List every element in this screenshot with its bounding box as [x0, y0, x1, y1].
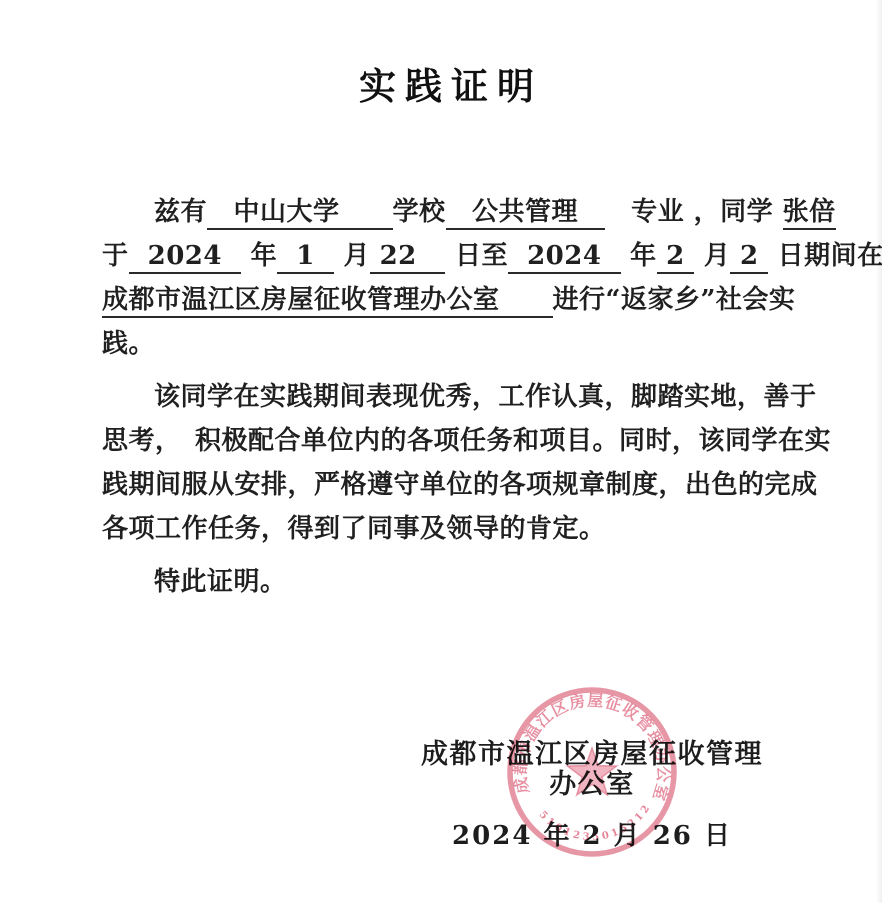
text-segment: 专业 ，同学: [605, 197, 783, 227]
text-segment: 践。: [102, 329, 155, 359]
filled-blank: 1: [277, 241, 334, 274]
filled-blank: 2024: [129, 241, 242, 274]
signature-block: 成都市温江区房屋征收管理办公室 2024 年 2 月 26 日: [407, 740, 777, 851]
filled-blank: 中山大学: [207, 197, 393, 230]
doc-line: 兹有 中山大学 学校 公共管理 专业 ，同学 张倍: [102, 190, 802, 234]
text-segment: 月: [334, 241, 370, 271]
text-segment: 该同学在实践期间表现优秀，工作认真，脚踏实地，善于: [154, 382, 817, 412]
doc-line: 特此证明。: [102, 560, 802, 604]
text-segment: 年: [621, 241, 657, 271]
document-title: 实践证明: [10, 56, 882, 110]
filled-blank: 张倍: [783, 197, 836, 230]
text-segment: 月: [694, 241, 730, 271]
filled-blank: 成都市温江区房屋征收管理办公室: [102, 285, 553, 318]
doc-line: 践期间服从安排，严格遵守单位的各项规章制度，出色的完成: [102, 463, 802, 507]
text-segment: 日至: [445, 241, 508, 271]
doc-line: 践。: [102, 322, 802, 366]
filled-blank: 2: [657, 241, 695, 274]
text-segment: 年: [241, 241, 277, 271]
document-body: 兹有 中山大学 学校 公共管理 专业 ，同学 张倍于 2024 年 1 月 22…: [102, 190, 802, 604]
text-segment: 各项工作任务，得到了同事及领导的肯定。: [102, 514, 606, 544]
text-segment: 兹有: [154, 197, 207, 227]
signature-org: 成都市温江区房屋征收管理办公室: [407, 740, 777, 800]
text-segment: 进行“返家乡”社会实: [553, 285, 796, 315]
paragraph: 兹有 中山大学 学校 公共管理 专业 ，同学 张倍于 2024 年 1 月 22…: [102, 190, 802, 366]
doc-line: 思考， 积极配合单位内的各项任务和项目。同时，该同学在实: [102, 419, 802, 463]
paragraph: 该同学在实践期间表现优秀，工作认真，脚踏实地，善于思考， 积极配合单位内的各项任…: [102, 375, 802, 551]
text-segment: 思考， 积极配合单位内的各项任务和项目。同时，该同学在实: [102, 426, 831, 456]
doc-line: 于 2024 年 1 月 22 日至 2024 年 2 月 2 日期间在: [102, 234, 802, 278]
text-segment: 于: [102, 241, 129, 271]
doc-line: 成都市温江区房屋征收管理办公室 进行“返家乡”社会实: [102, 278, 802, 322]
filled-blank: 2: [730, 241, 768, 274]
certificate-page: 实践证明 兹有 中山大学 学校 公共管理 专业 ，同学 张倍于 2024 年 1…: [0, 0, 882, 903]
text-segment: 日期间在: [768, 241, 882, 271]
text-segment: 特此证明。: [154, 567, 287, 597]
scan-edge-shadow: [876, 0, 882, 903]
doc-line: 各项工作任务，得到了同事及领导的肯定。: [102, 507, 802, 551]
filled-blank: 公共管理: [446, 197, 605, 230]
doc-line: 该同学在实践期间表现优秀，工作认真，脚踏实地，善于: [102, 375, 802, 419]
paragraph: 特此证明。: [102, 560, 802, 604]
text-segment: 学校: [393, 197, 446, 227]
text-segment: 践期间服从安排，严格遵守单位的各项规章制度，出色的完成: [102, 470, 818, 500]
filled-blank: 2024: [508, 241, 621, 274]
signature-date: 2024 年 2 月 26 日: [407, 821, 777, 851]
filled-blank: 22: [370, 241, 445, 274]
